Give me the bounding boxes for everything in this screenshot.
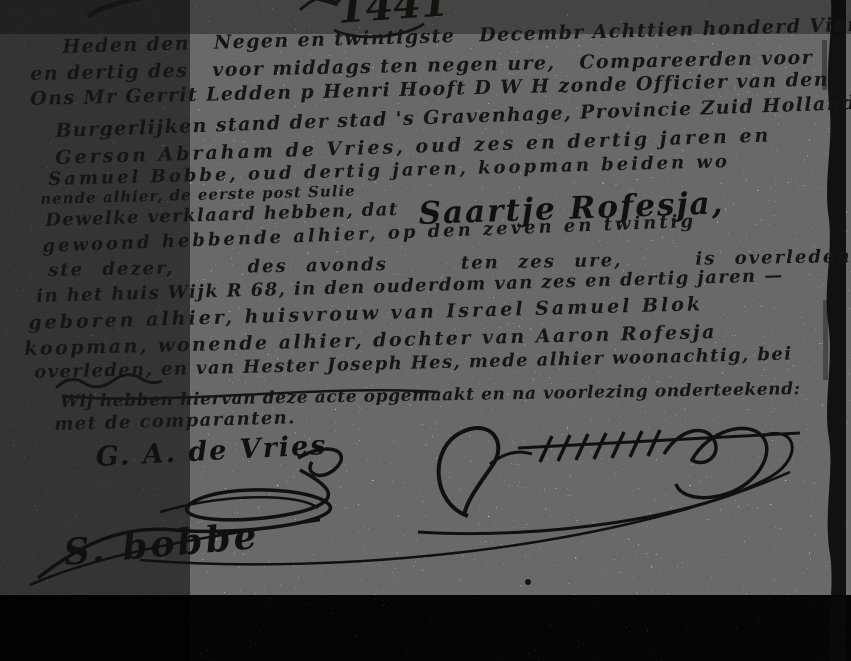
signature-bobbe: S. bobbe [62, 515, 261, 574]
document-scan-page: 1441 Heden den Negen en twintigste Decem… [0, 0, 851, 661]
signature-devries: G. A. de Vries [95, 430, 328, 473]
text-line: Wij hebben hiervan deze acte opgemaakt e… [60, 379, 801, 412]
